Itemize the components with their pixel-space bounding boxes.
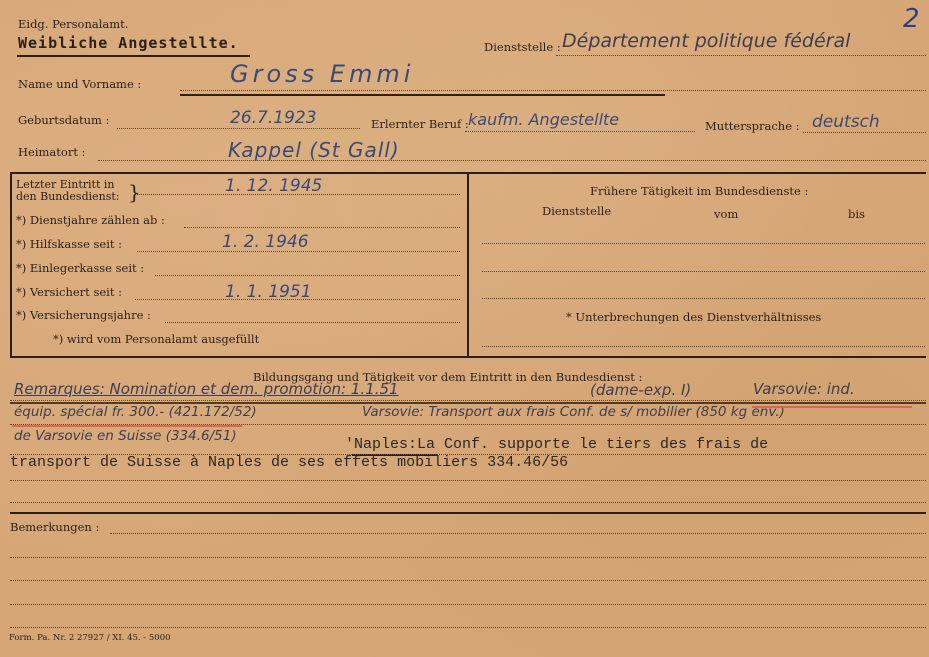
beruf-line (465, 131, 695, 132)
remarks-handwritten-line1b[interactable]: (dame-exp. I) (590, 381, 691, 399)
letzter-eintritt-label-line2: den Bundesdienst: (16, 191, 120, 203)
education-line-4 (10, 480, 926, 481)
red-underline-varsovie (752, 406, 912, 408)
geburtsdatum-line (117, 128, 360, 129)
beruf-label: Erlernter Beruf : (371, 117, 469, 131)
dienststelle-value[interactable]: Département politique fédéral (562, 30, 850, 52)
brace-icon: } (128, 180, 141, 204)
fruehere-taetigkeit-title: Frühere Tätigkeit im Bundesdienste : (590, 184, 808, 198)
page-number: 2 (903, 4, 920, 34)
hilfskasse-label: *) Hilfskasse seit : (16, 237, 122, 251)
dienststelle-label: Dienststelle : (484, 40, 561, 54)
unterbrechungen-line (482, 346, 925, 347)
versichert-label: *) Versichert seit : (16, 285, 122, 299)
red-underline-equip (12, 425, 242, 427)
typed-line-1[interactable]: 'Naples:La Conf. supporte le tiers des f… (345, 436, 768, 453)
heimatort-line (98, 160, 926, 161)
name-line (180, 90, 926, 91)
box-left-rule (10, 172, 12, 358)
fruehere-line-1 (482, 243, 925, 244)
muttersprache-line (803, 132, 926, 133)
muttersprache-value[interactable]: deutsch (812, 112, 880, 132)
letzter-eintritt-label: Letzter Eintritt in den Bundesdienst: (16, 179, 120, 203)
office-name: Eidg. Personalamt. (18, 17, 128, 31)
col-vom: vom (714, 207, 738, 221)
bemerkungen-label: Bemerkungen : (10, 520, 99, 534)
heimatort-label: Heimatort : (18, 145, 85, 159)
heimatort-value[interactable]: Kappel (St Gall) (228, 138, 400, 162)
dienstjahre-label: *) Dienstjahre zählen ab : (16, 213, 165, 227)
name-label: Name und Vorname : (18, 77, 141, 91)
versicherungsjahre-label: *) Versicherungsjahre : (16, 308, 151, 322)
einlegerkasse-label: *) Einlegerkasse seit : (16, 261, 144, 275)
form-title: Weibliche Angestellte. (18, 34, 239, 52)
box-divider (467, 174, 469, 358)
unterbrechungen-label: * Unterbrechungen des Dienstverhältnisse… (566, 310, 821, 324)
remarks-handwritten-line2b[interactable]: Varsovie: Transport aux frais Conf. de s… (362, 404, 785, 420)
bemerkungen-line-2 (10, 557, 926, 558)
typed-line-2[interactable]: transport de Suisse à Naples de ses effe… (10, 454, 568, 471)
versichert-value[interactable]: 1. 1. 1951 (225, 282, 312, 302)
remarks-handwritten-line1c[interactable]: Varsovie: ind. (753, 380, 855, 398)
hilfskasse-value[interactable]: 1. 2. 1946 (222, 232, 309, 252)
remarks-top-rule (10, 512, 926, 514)
form-number: Form. Pa. Nr. 2 27927 / XI. 45. - 5000 (9, 633, 171, 643)
remarks-handwritten-line1a[interactable]: Remarques: Nomination et dem. promotion:… (14, 380, 399, 398)
geburtsdatum-value[interactable]: 26.7.1923 (230, 108, 317, 128)
box-bottom-rule (10, 356, 926, 358)
dienststelle-line (556, 55, 926, 56)
geburtsdatum-label: Geburtsdatum : (18, 113, 109, 127)
letzter-eintritt-value[interactable]: 1. 12. 1945 (225, 176, 322, 196)
beruf-value[interactable]: kaufm. Angestellte (468, 110, 619, 129)
footnote: *) wird vom Personalamt ausgefüllt (53, 332, 259, 346)
dienstjahre-line (184, 227, 460, 228)
fruehere-line-2 (482, 271, 925, 272)
remarks-handwritten-line2a[interactable]: équip. spécial fr. 300.- (421.172/52) (14, 404, 257, 420)
einlegerkasse-line (155, 275, 460, 276)
title-underline (17, 55, 250, 57)
remarks-handwritten-line3[interactable]: de Varsovie en Suisse (334.6/51) (14, 428, 237, 444)
education-line-5 (10, 502, 926, 503)
bemerkungen-line-3 (10, 580, 926, 581)
name-value[interactable]: Gross Emmi (230, 60, 414, 88)
muttersprache-label: Muttersprache : (705, 119, 800, 133)
versicherungsjahre-line (165, 322, 460, 323)
bemerkungen-line-5 (10, 627, 926, 628)
bemerkungen-line-4 (10, 604, 926, 605)
education-line-2 (10, 424, 926, 425)
education-line-1 (10, 400, 926, 401)
bemerkungen-line-1 (110, 533, 926, 534)
fruehere-line-3 (482, 298, 925, 299)
col-bis: bis (848, 207, 865, 221)
col-dienststelle: Dienststelle (542, 204, 611, 218)
name-underline (180, 94, 665, 96)
